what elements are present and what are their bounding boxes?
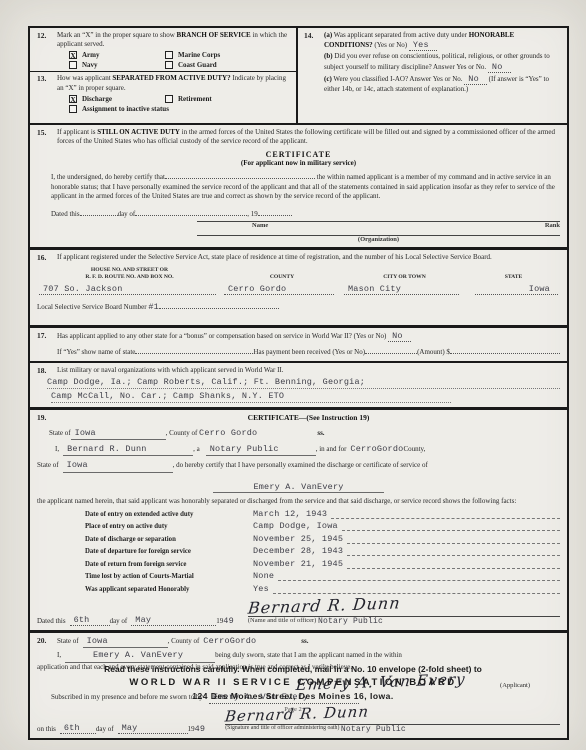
county-column: COUNTY Cerro Gordo [222, 267, 342, 296]
item-19-certify-line: State of Iowa , do hereby certify that I… [37, 460, 560, 472]
fact-value: March 12, 1943 [253, 509, 327, 519]
fact-value: November 21, 1945 [253, 559, 343, 569]
army-label: Army [82, 51, 100, 59]
fact-label: Date of return from foreign service [85, 561, 253, 569]
fact-value: November 25, 1945 [253, 534, 343, 544]
item-17-q2a: If “Yes” show name of state [57, 348, 135, 357]
amount-blank [450, 346, 560, 354]
footer-board-name: WORLD WAR II SERVICE COMPENSATION BOARD [0, 677, 586, 688]
item-18-number: 18. [37, 366, 57, 376]
inactive-status-label: Assignment to inactive status [82, 105, 169, 113]
board-number-blank [159, 301, 279, 309]
item-19-county2-value: CerroGordo [350, 444, 403, 455]
form-border-box: 12. Mark an “X” in the proper square to … [28, 26, 569, 740]
item-14b-num: (b) [324, 52, 333, 60]
item-14a-answer: Yes [409, 40, 437, 51]
board-number-label: Local Selective Service Board Number [37, 303, 147, 312]
item-14c-answer: No [464, 74, 487, 85]
item-20-county-value: CerroGordo [203, 636, 256, 647]
item-20-number: 20. [37, 636, 57, 646]
item-14c-num: (c) [324, 75, 332, 83]
fact-value: None [253, 571, 274, 581]
item-16-number: 16. [37, 253, 57, 263]
item-19-notary-line: I, Bernard R. Dunn , a Notary Public , i… [55, 444, 560, 456]
city-value: Mason City [344, 284, 459, 295]
item-18-text: List military or naval organizations wit… [57, 366, 560, 375]
certificate-title: CERTIFICATE [37, 150, 560, 159]
item-14a-prefix: Was applicant separated from active duty… [334, 31, 469, 39]
item-19-dated-row: Dated this 6th day of May 19 49 Bernard … [37, 596, 560, 626]
organizations-line-1: Camp Dodge, Ia.; Camp Roberts, Calif.; F… [47, 377, 560, 389]
certificate-body-start: I, the undersigned, do hereby certify th… [51, 173, 165, 181]
item-12-text-bold: BRANCH OF SERVICE [177, 31, 251, 39]
city-header: CITY OR TOWN [342, 267, 467, 281]
retirement-checkbox [165, 95, 173, 103]
item-19-in-and-for: , in and for [316, 445, 347, 454]
notary-signature-title: Notary Public [341, 725, 406, 734]
item-19-dated-mid: day of [110, 617, 128, 626]
item-19-state-label: State of [49, 429, 71, 438]
item-16: 16. If applicant registered under the Se… [30, 247, 567, 325]
certificate-body: I, the undersigned, do hereby certify th… [51, 171, 560, 201]
item-20-year: 49 [195, 724, 206, 734]
dated-year-prefix: , 19 [247, 210, 258, 219]
fact-row-departure-date: Date of departure for foreign serviceDec… [85, 546, 560, 556]
item-12-text: Mark an “X” in the proper square to show… [57, 31, 291, 49]
item-13-text: How was applicant SEPARATED FROM ACTIVE … [57, 74, 291, 92]
address-header-1: HOUSE NO. AND STREET OR [91, 267, 168, 273]
fact-row-return-date: Date of return from foreign serviceNovem… [85, 559, 560, 569]
item-14a-num: (a) [324, 31, 332, 39]
fact-row-honorable: Was applicant separated HonorablyYes [85, 584, 560, 594]
notary-signature-caption: (Signature and title of officer administ… [225, 725, 339, 734]
officer-name-typed: Bernard R. Dunn [63, 444, 193, 456]
item-19-i-label: I, [55, 445, 59, 454]
item-15-text-prefix: If applicant is [57, 128, 97, 136]
applicant-name-typed: Emery A. VanEvery [213, 482, 383, 493]
page-number: Page 2 [0, 706, 586, 713]
item-13: 13. How was applicant SEPARATED FROM ACT… [37, 74, 291, 112]
county-value: Cerro Gordo [224, 284, 334, 295]
fact-leader [273, 586, 560, 594]
fact-leader [347, 536, 560, 544]
board-number-line: Local Selective Service Board Number #1 [37, 301, 560, 313]
certificate-subtitle: (For applicant now in military service) [37, 159, 560, 167]
officer-signature-block: Bernard R. Dunn (Name and title of offic… [248, 596, 560, 626]
coast-guard-label: Coast Guard [178, 61, 217, 69]
residence-table: HOUSE NO. AND STREET ORR. F. D. ROUTE NO… [37, 267, 560, 296]
fact-row-entry-place: Place of entry on active dutyCamp Dodge,… [85, 521, 560, 531]
item-19-dated-month: May [131, 615, 216, 626]
fact-label: Date of departure for foreign service [85, 548, 253, 556]
state-name-blank [135, 346, 253, 354]
dated-line-blank: Dated this day of , 19 [51, 208, 560, 219]
item-14c: (c) Were you classified I-AO? Answer Yes… [324, 74, 560, 94]
inactive-status-checkbox [69, 105, 77, 113]
item-14a-suffix: (Yes or No) [373, 41, 407, 49]
fact-leader [278, 573, 560, 581]
organization-label: (Organization) [358, 236, 399, 243]
fact-leader [347, 548, 560, 556]
item-19-county-value: Cerro Gordo [199, 428, 257, 439]
item-17-q2b: Has payment been received (Yes or No) [253, 348, 365, 357]
coast-guard-checkbox [165, 61, 173, 69]
payment-received-blank [365, 346, 417, 354]
dated-prefix: Dated this [51, 210, 80, 219]
city-column: CITY OR TOWN Mason City [342, 267, 467, 296]
navy-checkbox [69, 61, 77, 69]
footer-address: 124 Des Moines Street, Des Moines 16, Io… [0, 691, 586, 701]
item-19-county-word: County, [403, 445, 425, 454]
item-12: 12. Mark an “X” in the proper square to … [37, 31, 291, 69]
marine-corps-label: Marine Corps [178, 51, 220, 59]
year-blank [258, 208, 292, 216]
item-19-dated-prefix: Dated this [37, 617, 66, 626]
item-15-text: If applicant is STILL ON ACTIVE DUTY in … [57, 128, 560, 146]
item-20-sworn-line: I, Emery A. VanEvery being duly sworn, s… [57, 650, 560, 662]
item-14b: (b) Did you ever refuse on conscientious… [324, 52, 560, 72]
item-17: 17. Has applicant applied to any other s… [30, 325, 567, 360]
scanned-form-page: 12. Mark an “X” in the proper square to … [0, 0, 586, 750]
item-15-number: 15. [37, 128, 57, 147]
item-17-q2c: (Amount) $ [417, 348, 450, 357]
item-20-ss: ss. [301, 637, 308, 646]
checkbox-option-navy: Navy [69, 61, 165, 69]
state-value: Iowa [475, 284, 558, 295]
rank-label: Rank [545, 222, 560, 229]
discharge-label: Discharge [82, 95, 112, 103]
item-14b-text: Did you ever refuse on conscientious, po… [324, 52, 550, 70]
fact-value: Yes [253, 584, 269, 594]
dated-mid: day of [118, 210, 136, 219]
address-column: HOUSE NO. AND STREET ORR. F. D. ROUTE NO… [37, 267, 222, 296]
item-15: 15. If applicant is STILL ON ACTIVE DUTY… [30, 123, 567, 247]
checkbox-option-army: XArmy [69, 51, 165, 59]
item-17-q1-text: Has applicant applied to any other state… [57, 332, 386, 340]
item-19: 19. CERTIFICATE—(See Instruction 19) Sta… [30, 407, 567, 630]
item-19-state2-label: State of [37, 461, 59, 470]
marine-corps-checkbox [165, 51, 173, 59]
fact-label: Date of discharge or separation [85, 536, 253, 544]
address-header-2: R. F. D. ROUTE NO. AND BOX NO. [85, 274, 173, 280]
fact-row-time-lost: Time lost by action of Courts-MartialNon… [85, 571, 560, 581]
divider-12-13 [30, 71, 296, 72]
fact-leader [347, 561, 560, 569]
item-20-venue-line: 20. State of Iowa , County of CerroGordo… [37, 636, 560, 648]
item-19-county-label: , County of [166, 429, 198, 438]
fact-value: December 28, 1943 [253, 546, 343, 556]
army-checkbox: X [69, 51, 77, 59]
name-rank-lines: NameRank (Organization) [197, 221, 560, 243]
item-19-applicant-line: Emery A. VanEvery [37, 476, 560, 494]
column-items-12-13: 12. Mark an “X” in the proper square to … [30, 28, 298, 123]
item-18: 18. List military or naval organizations… [30, 361, 567, 407]
item-17-number: 17. [37, 331, 57, 356]
item-20-state-value: Iowa [83, 636, 168, 648]
section-branch-separation: 12. Mark an “X” in the proper square to … [30, 28, 567, 123]
fact-leader [331, 511, 560, 519]
mailing-instructions: Read these instructions carefully. When … [0, 664, 586, 713]
item-13-number: 13. [37, 74, 57, 112]
officer-name-blank [165, 171, 315, 179]
item-14b-answer: No [488, 62, 511, 73]
name-label: Name [252, 222, 268, 229]
facts-list: Date of entry on extended active dutyMar… [37, 509, 560, 594]
fact-label: Time lost by action of Courts-Martial [85, 573, 253, 581]
checkbox-option-discharge: XDischarge [69, 95, 165, 103]
item-19-state-value: Iowa [71, 428, 166, 440]
address-value: 707 So. Jackson [39, 284, 216, 295]
item-14-number: 14. [304, 31, 324, 95]
item-20-sworn-suffix: being duly sworn, state that I am the ap… [215, 651, 402, 660]
organizations-line-2: Camp McCall, No. Car.; Camp Shanks, N.Y.… [51, 391, 451, 403]
item-12-number: 12. [37, 31, 57, 69]
item-13-text-bold: SEPARATED FROM ACTIVE DUTY? [112, 74, 230, 82]
item-19-year-prefix: 19 [216, 617, 223, 626]
footer-line-1: Read these instructions carefully. When … [0, 664, 586, 674]
state-header: STATE [467, 267, 560, 281]
item-20-county-label: , County of [168, 637, 200, 646]
item-12-text-prefix: Mark an “X” in the proper square to show [57, 31, 177, 39]
fact-label: Was applicant separated Honorably [85, 586, 253, 594]
item-17-q2: If “Yes” show name of state Has payment … [57, 346, 560, 357]
item-13-text-prefix: How was applicant [57, 74, 112, 82]
item-19-continuation: the applicant named herein, that said ap… [37, 497, 560, 506]
checkbox-option-coast-guard: Coast Guard [165, 61, 291, 69]
state-column: STATE Iowa [467, 267, 560, 296]
checkbox-option-inactive-status: Assignment to inactive status [69, 105, 291, 113]
fact-row-discharge-date: Date of discharge or separationNovember … [85, 534, 560, 544]
item-17-q1: Has applicant applied to any other state… [57, 331, 560, 342]
item-19-a-label: , a [193, 445, 200, 454]
item-14a: (a) Was applicant separated from active … [324, 31, 560, 51]
officer-title-typed: Notary Public [206, 444, 316, 456]
item-20-month: May [118, 723, 188, 734]
item-14c-text: Were you classified I-AO? Answer Yes or … [333, 75, 462, 83]
fact-row-entry-date: Date of entry on extended active dutyMar… [85, 509, 560, 519]
item-19-certify-text: , do hereby certify that I have personal… [173, 461, 428, 470]
fact-label: Date of entry on extended active duty [85, 511, 253, 519]
item-19-year: 49 [223, 616, 234, 626]
fact-label: Place of entry on active duty [85, 523, 253, 531]
on-this-label: on this [37, 725, 56, 734]
item-19-dated-day: 6th [70, 615, 110, 626]
day-blank [80, 208, 118, 216]
fact-value: Camp Dodge, Iowa [253, 521, 338, 531]
county-header: COUNTY [222, 267, 342, 281]
item-20-day-of: day of [96, 725, 114, 734]
board-number-value: #1 [148, 302, 159, 313]
item-20-applicant-typed: Emery A. VanEvery [65, 650, 215, 662]
item-19-number: 19. [37, 413, 57, 423]
item-20-state-label: State of [57, 637, 79, 646]
item-19-venue-line: State of Iowa , County of Cerro Gordo ss… [49, 428, 560, 440]
officer-signature: Bernard R. Dunn [247, 594, 402, 618]
item-20-i-label: I, [57, 651, 61, 660]
fact-leader [342, 523, 560, 531]
navy-label: Navy [82, 61, 98, 69]
item-19-ss: ss. [317, 429, 324, 438]
checkbox-option-retirement: Retirement [165, 95, 291, 103]
item-14: 14. (a) Was applicant separated from act… [298, 28, 567, 123]
item-20-day: 6th [60, 723, 96, 734]
item-19-cert-title: CERTIFICATE—(See Instruction 19) [57, 413, 560, 422]
item-19-state2-value: Iowa [63, 460, 173, 472]
item-16-text: If applicant registered under the Select… [57, 253, 560, 262]
discharge-checkbox: X [69, 95, 77, 103]
officer-signature-title: Notary Public [318, 617, 383, 626]
separation-checkbox-group: XDischarge Retirement Assignment to inac… [69, 95, 291, 113]
item-20-year-prefix: 19 [188, 725, 195, 734]
checkbox-option-marine-corps: Marine Corps [165, 51, 291, 59]
retirement-label: Retirement [178, 95, 212, 103]
item-19-title-row: 19. CERTIFICATE—(See Instruction 19) [37, 413, 560, 423]
item-17-a1: No [388, 331, 411, 342]
month-blank [135, 208, 247, 216]
branch-checkbox-group: XArmy Marine Corps Navy Coast Guard [69, 51, 291, 69]
item-15-text-bold: STILL ON ACTIVE DUTY [97, 128, 180, 136]
officer-signature-caption: (Name and title of officer) [248, 617, 316, 626]
